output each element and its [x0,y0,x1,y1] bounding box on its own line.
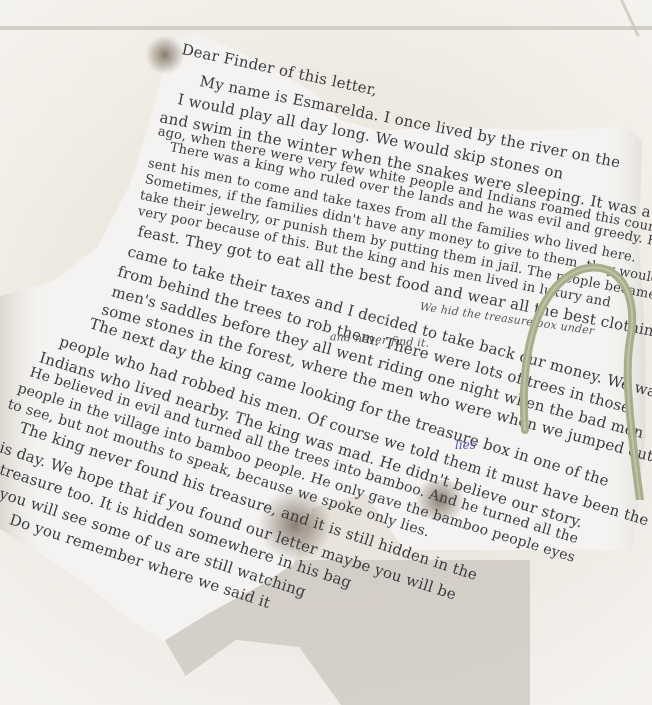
green-ribbon [520,250,650,500]
photo-scene: Dear Finder of this letter, My name is E… [0,0,652,705]
floor-tile-grout-vertical [620,0,640,37]
floor-tile-grout [0,26,652,30]
handwritten-ink-word: lies [455,438,476,452]
burn-mark-top [145,35,185,75]
